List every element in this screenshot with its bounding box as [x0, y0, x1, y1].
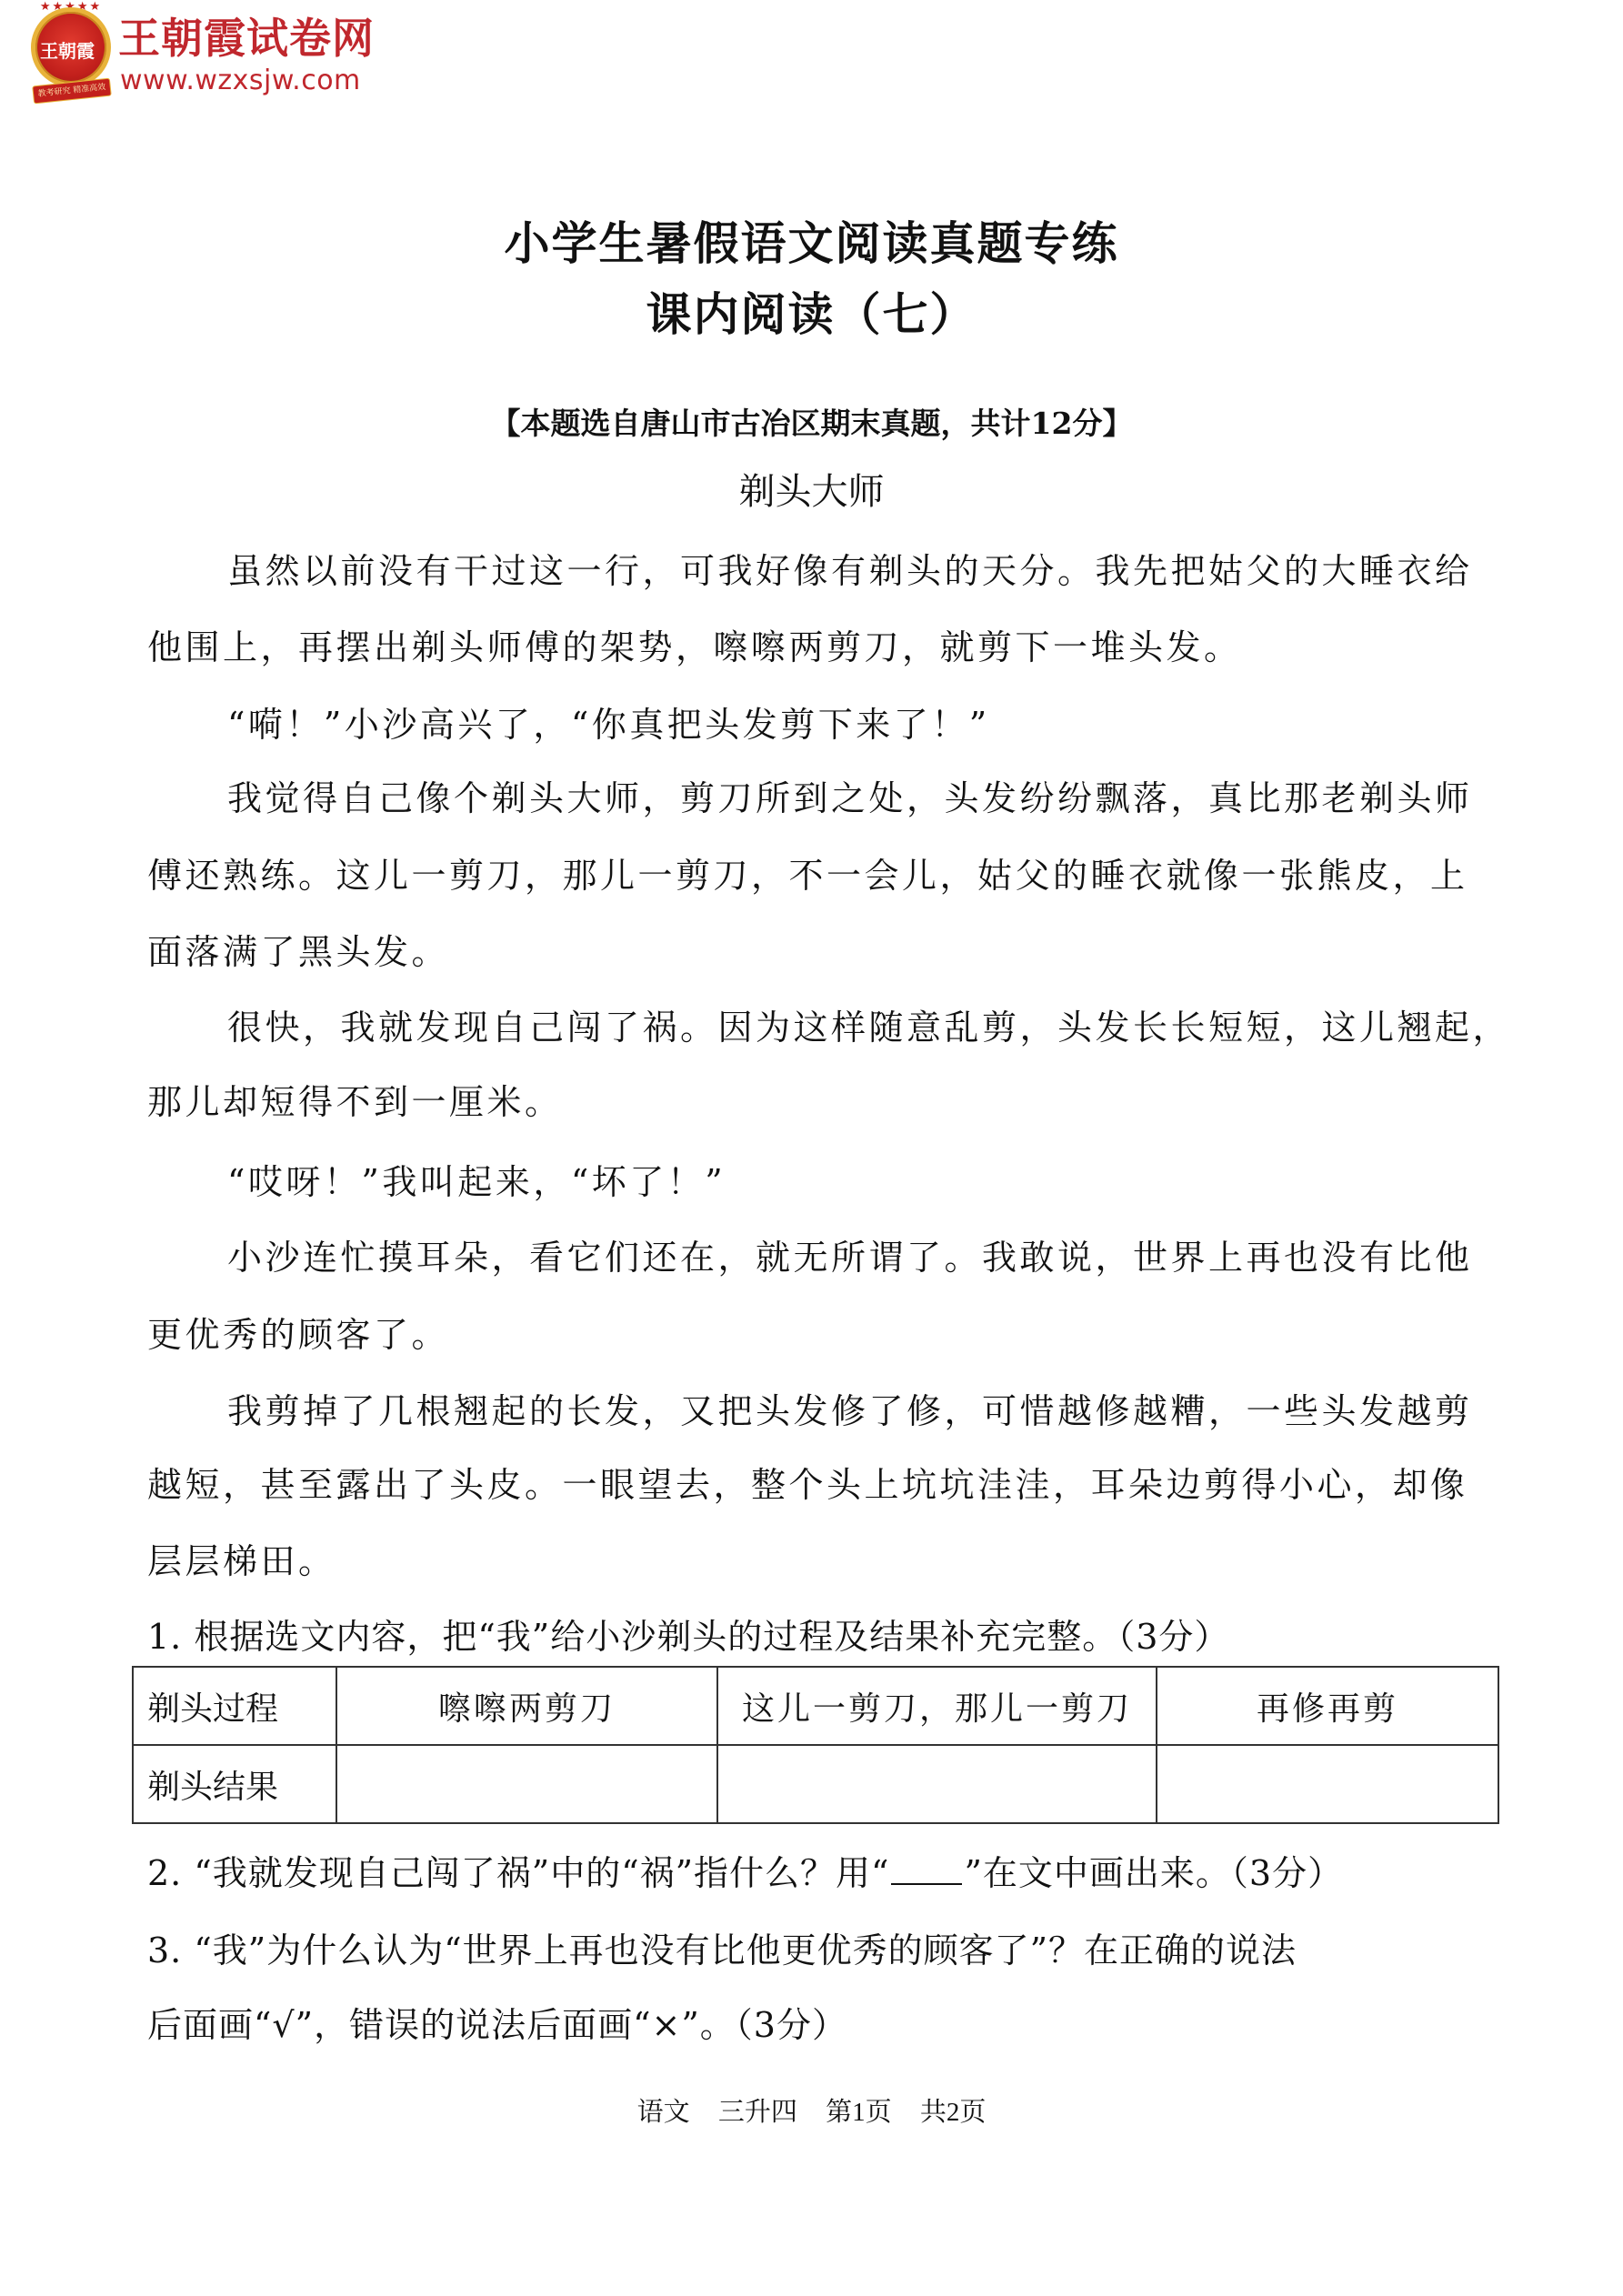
passage-line: “嗬！”小沙高兴了，“你真把头发剪下来了！” [227, 704, 990, 746]
passage-line: “哎呀！”我叫起来，“坏了！” [227, 1161, 726, 1203]
brand-name: 王朝霞试卷网 [118, 13, 375, 64]
page-subtitle: 课内阅读（七） [0, 289, 1623, 340]
story-title: 剃头大师 [0, 471, 1623, 513]
passage-line: 傅还熟练。这儿一剪刀，那儿一剪刀，不一会儿，姑父的睡衣就像一张熊皮，上 [147, 855, 1468, 897]
source-note: 【本题选自唐山市古冶区期末真题，共计12分】 [0, 406, 1623, 442]
table-row: 剃头结果 [133, 1745, 1498, 1823]
answer-cell[interactable] [1157, 1745, 1498, 1823]
passage-line: 面落满了黑头发。 [147, 931, 449, 973]
passage-line: 小沙连忙摸耳朵，看它们还在，就无所谓了。我敢说，世界上再也没有比他 [227, 1237, 1473, 1278]
passage-line: 我觉得自己像个剃头大师，剪刀所到之处，头发纷纷飘落，真比那老剃头师 [227, 777, 1473, 819]
question-3-line-1: 3. “我”为什么认为“世界上再也没有比他更优秀的顾客了”？在正确的说法 [147, 1930, 1297, 1971]
table-row: 剃头过程 嚓嚓两剪刀 这儿一剪刀，那儿一剪刀 再修再剪 [133, 1667, 1498, 1745]
page-footer: 语文 三升四 第1页 共2页 [0, 2097, 1623, 2128]
answer-cell[interactable] [336, 1745, 717, 1823]
logo-ribbon: 教考研究 精准高效 [32, 78, 112, 105]
table-cell: 再修再剪 [1157, 1667, 1498, 1745]
passage-line: 更优秀的顾客了。 [147, 1314, 449, 1356]
row-header-result: 剃头结果 [133, 1745, 336, 1823]
passage-line: 他围上，再摆出剃头师傅的架势，嚓嚓两剪刀，就剪下一堆头发。 [147, 627, 1242, 668]
row-header-process: 剃头过程 [133, 1667, 336, 1745]
table-cell: 这儿一剪刀，那儿一剪刀 [717, 1667, 1157, 1745]
brand-url: www.wzxsjw.com [120, 65, 361, 96]
passage-line: 越短，甚至露出了头皮。一眼望去，整个头上坑坑洼洼，耳朵边剪得小心，却像 [147, 1464, 1468, 1506]
question-2-text-end: ”在文中画出来。（3分） [964, 1853, 1343, 1893]
answer-table: 剃头过程 嚓嚓两剪刀 这儿一剪刀，那儿一剪刀 再修再剪 剃头结果 [132, 1666, 1499, 1824]
question-2: 2. “我就发现自己闯了祸”中的“祸”指什么？用“”在文中画出来。（3分） [147, 1852, 1343, 1894]
question-2-text-start: 2. “我就发现自己闯了祸”中的“祸”指什么？用“ [147, 1853, 889, 1893]
table-cell: 嚓嚓两剪刀 [336, 1667, 717, 1745]
passage-line: 我剪掉了几根翘起的长发，又把头发修了修，可惜越修越糟，一些头发越剪 [227, 1390, 1473, 1432]
answer-cell[interactable] [717, 1745, 1157, 1823]
question-1: 1. 根据选文内容，把“我”给小沙剃头的过程及结果补充完整。（3分） [147, 1616, 1229, 1658]
page-title: 小学生暑假语文阅读真题专练 [0, 218, 1623, 269]
underline-blank [891, 1856, 962, 1885]
passage-line: 虽然以前没有干过这一行，可我好像有剃头的天分。我先把姑父的大睡衣给 [227, 550, 1473, 592]
passage-line: 很快，我就发现自己闯了祸。因为这样随意乱剪，头发长长短短，这儿翘起， [227, 1007, 1510, 1048]
passage-line: 层层梯田。 [147, 1540, 336, 1582]
question-3-line-2: 后面画“√”，错误的说法后面画“×”。（3分） [147, 2004, 847, 2046]
logo-badge-text: 王朝霞 [40, 36, 95, 63]
passage-line: 那儿却短得不到一厘米。 [147, 1081, 563, 1123]
